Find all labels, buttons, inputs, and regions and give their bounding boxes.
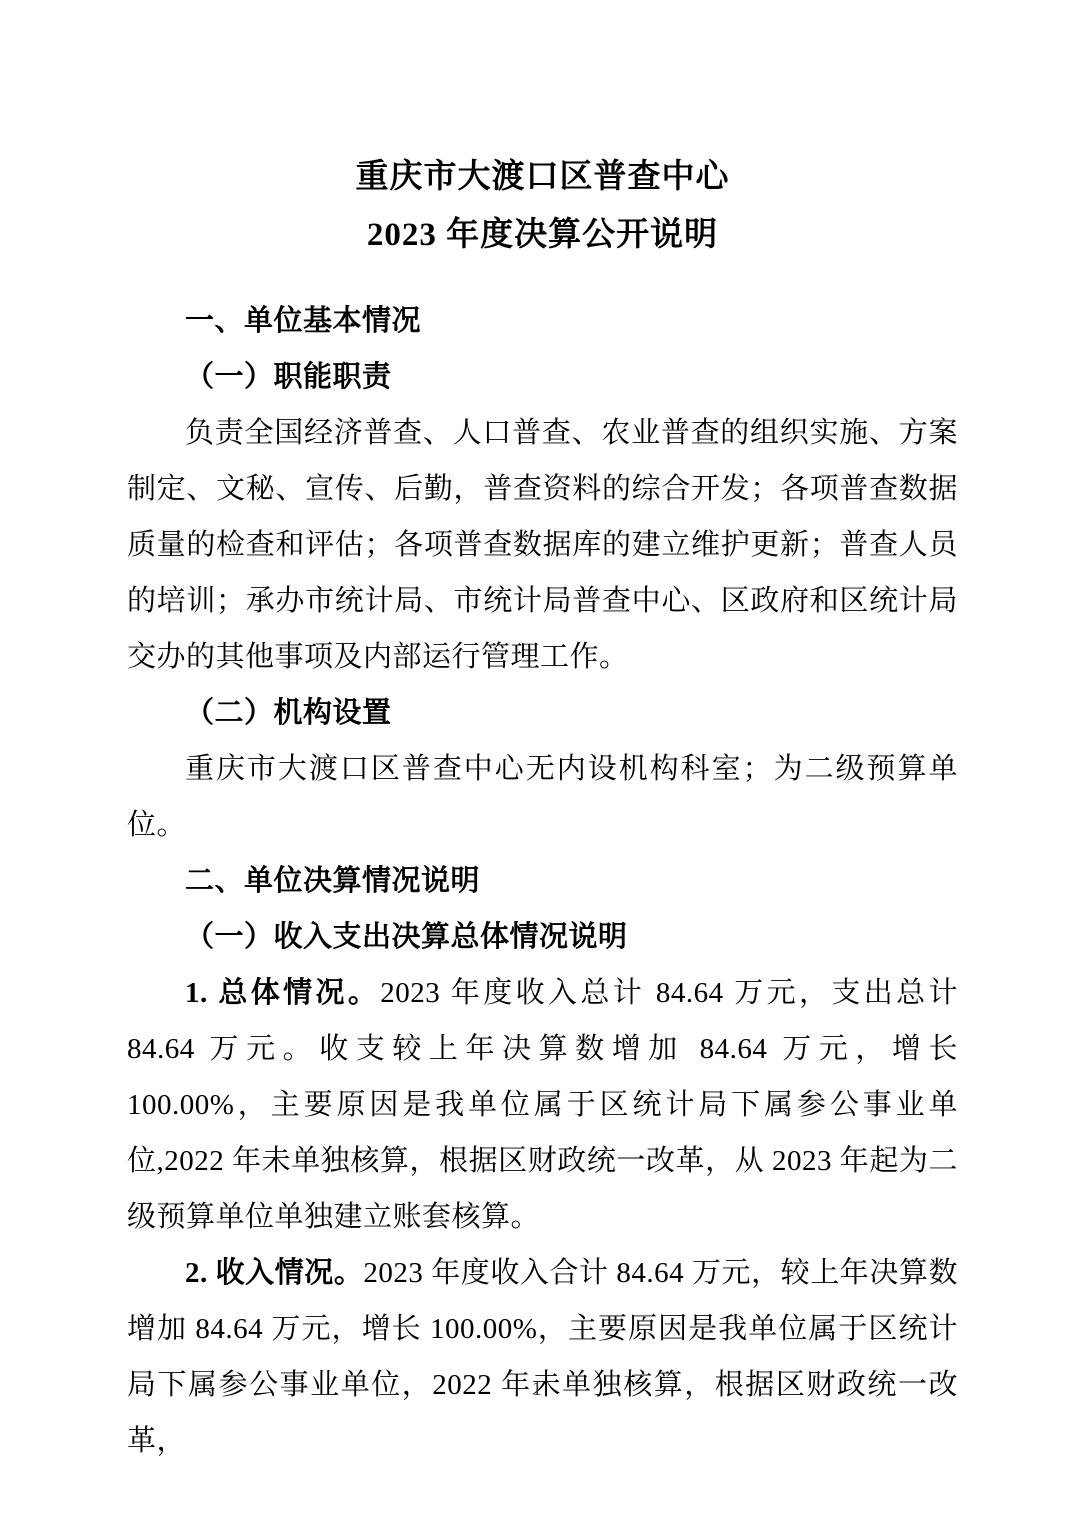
section-heading-final-accounts: 二、单位决算情况说明: [127, 853, 958, 909]
paragraph-overall-situation: 1. 总体情况。2023 年度收入总计 84.64 万元，支出总计 84.64 …: [127, 965, 958, 1245]
document-content: 重庆市大渡口区普查中心 2023 年度决算公开说明 一、单位基本情况 （一）职能…: [127, 148, 958, 1469]
paragraph-org-setup: 重庆市大渡口区普查中心无内设机构科室；为二级预算单位。: [127, 741, 958, 853]
paragraph-duties: 负责全国经济普查、人口普查、农业普查的组织实施、方案制定、文秘、宣传、后勤，普查…: [127, 405, 958, 685]
document-title-line-1: 重庆市大渡口区普查中心: [127, 148, 958, 206]
document-title-line-2: 2023 年度决算公开说明: [127, 206, 958, 264]
paragraph-overall-situation-text: 2023 年度收入总计 84.64 万元，支出总计 84.64 万元。收支较上年…: [127, 977, 958, 1233]
page-number: 1: [0, 1378, 1074, 1401]
document-page: 重庆市大渡口区普查中心 2023 年度决算公开说明 一、单位基本情况 （一）职能…: [0, 0, 1074, 1520]
document-body: 一、单位基本情况 （一）职能职责 负责全国经济普查、人口普查、农业普查的组织实施…: [127, 293, 958, 1469]
document-title: 重庆市大渡口区普查中心 2023 年度决算公开说明: [127, 148, 958, 264]
paragraph-overall-situation-lead: 1. 总体情况。: [185, 977, 380, 1009]
subsection-heading-org-setup: （二）机构设置: [127, 685, 958, 741]
paragraph-income-situation-lead: 2. 收入情况。: [185, 1257, 363, 1289]
section-heading-unit-basic-info: 一、单位基本情况: [127, 293, 958, 349]
paragraph-income-situation: 2. 收入情况。2023 年度收入合计 84.64 万元，较上年决算数增加 84…: [127, 1245, 958, 1469]
subsection-heading-duties: （一）职能职责: [127, 349, 958, 405]
subsection-heading-income-expenditure-overview: （一）收入支出决算总体情况说明: [127, 909, 958, 965]
